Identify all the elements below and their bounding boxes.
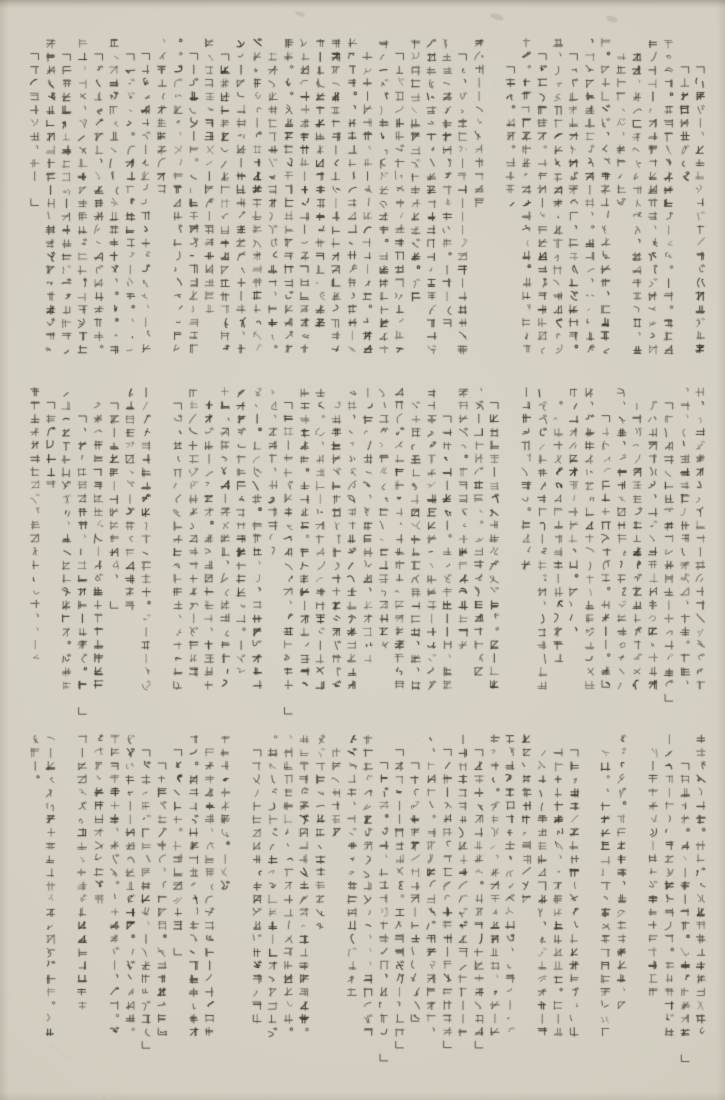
scanned-page <box>0 0 725 1100</box>
vertical-japanese-text-columns <box>0 0 725 1100</box>
